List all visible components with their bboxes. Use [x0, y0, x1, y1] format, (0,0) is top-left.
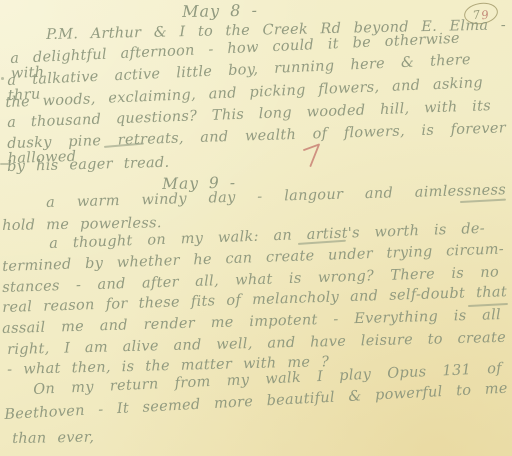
handwritten-line: by his eager tread. [7, 156, 170, 175]
handwritten-line: a warm windy day - langour and aimlessne… [46, 183, 506, 211]
handwritten-line: than ever, [12, 431, 94, 448]
journal-page: May 8 - 7 9 P.M. Arthur & I to the Creek… [0, 0, 512, 456]
stray-ink-dot [1, 77, 4, 80]
strike-mark [468, 303, 508, 307]
red-check-mark-icon [303, 143, 325, 169]
handwritten-line: hold me powerless. [2, 216, 162, 234]
stray-ink-dash [0, 163, 10, 165]
entry-date-may8: May 8 - [182, 1, 258, 21]
